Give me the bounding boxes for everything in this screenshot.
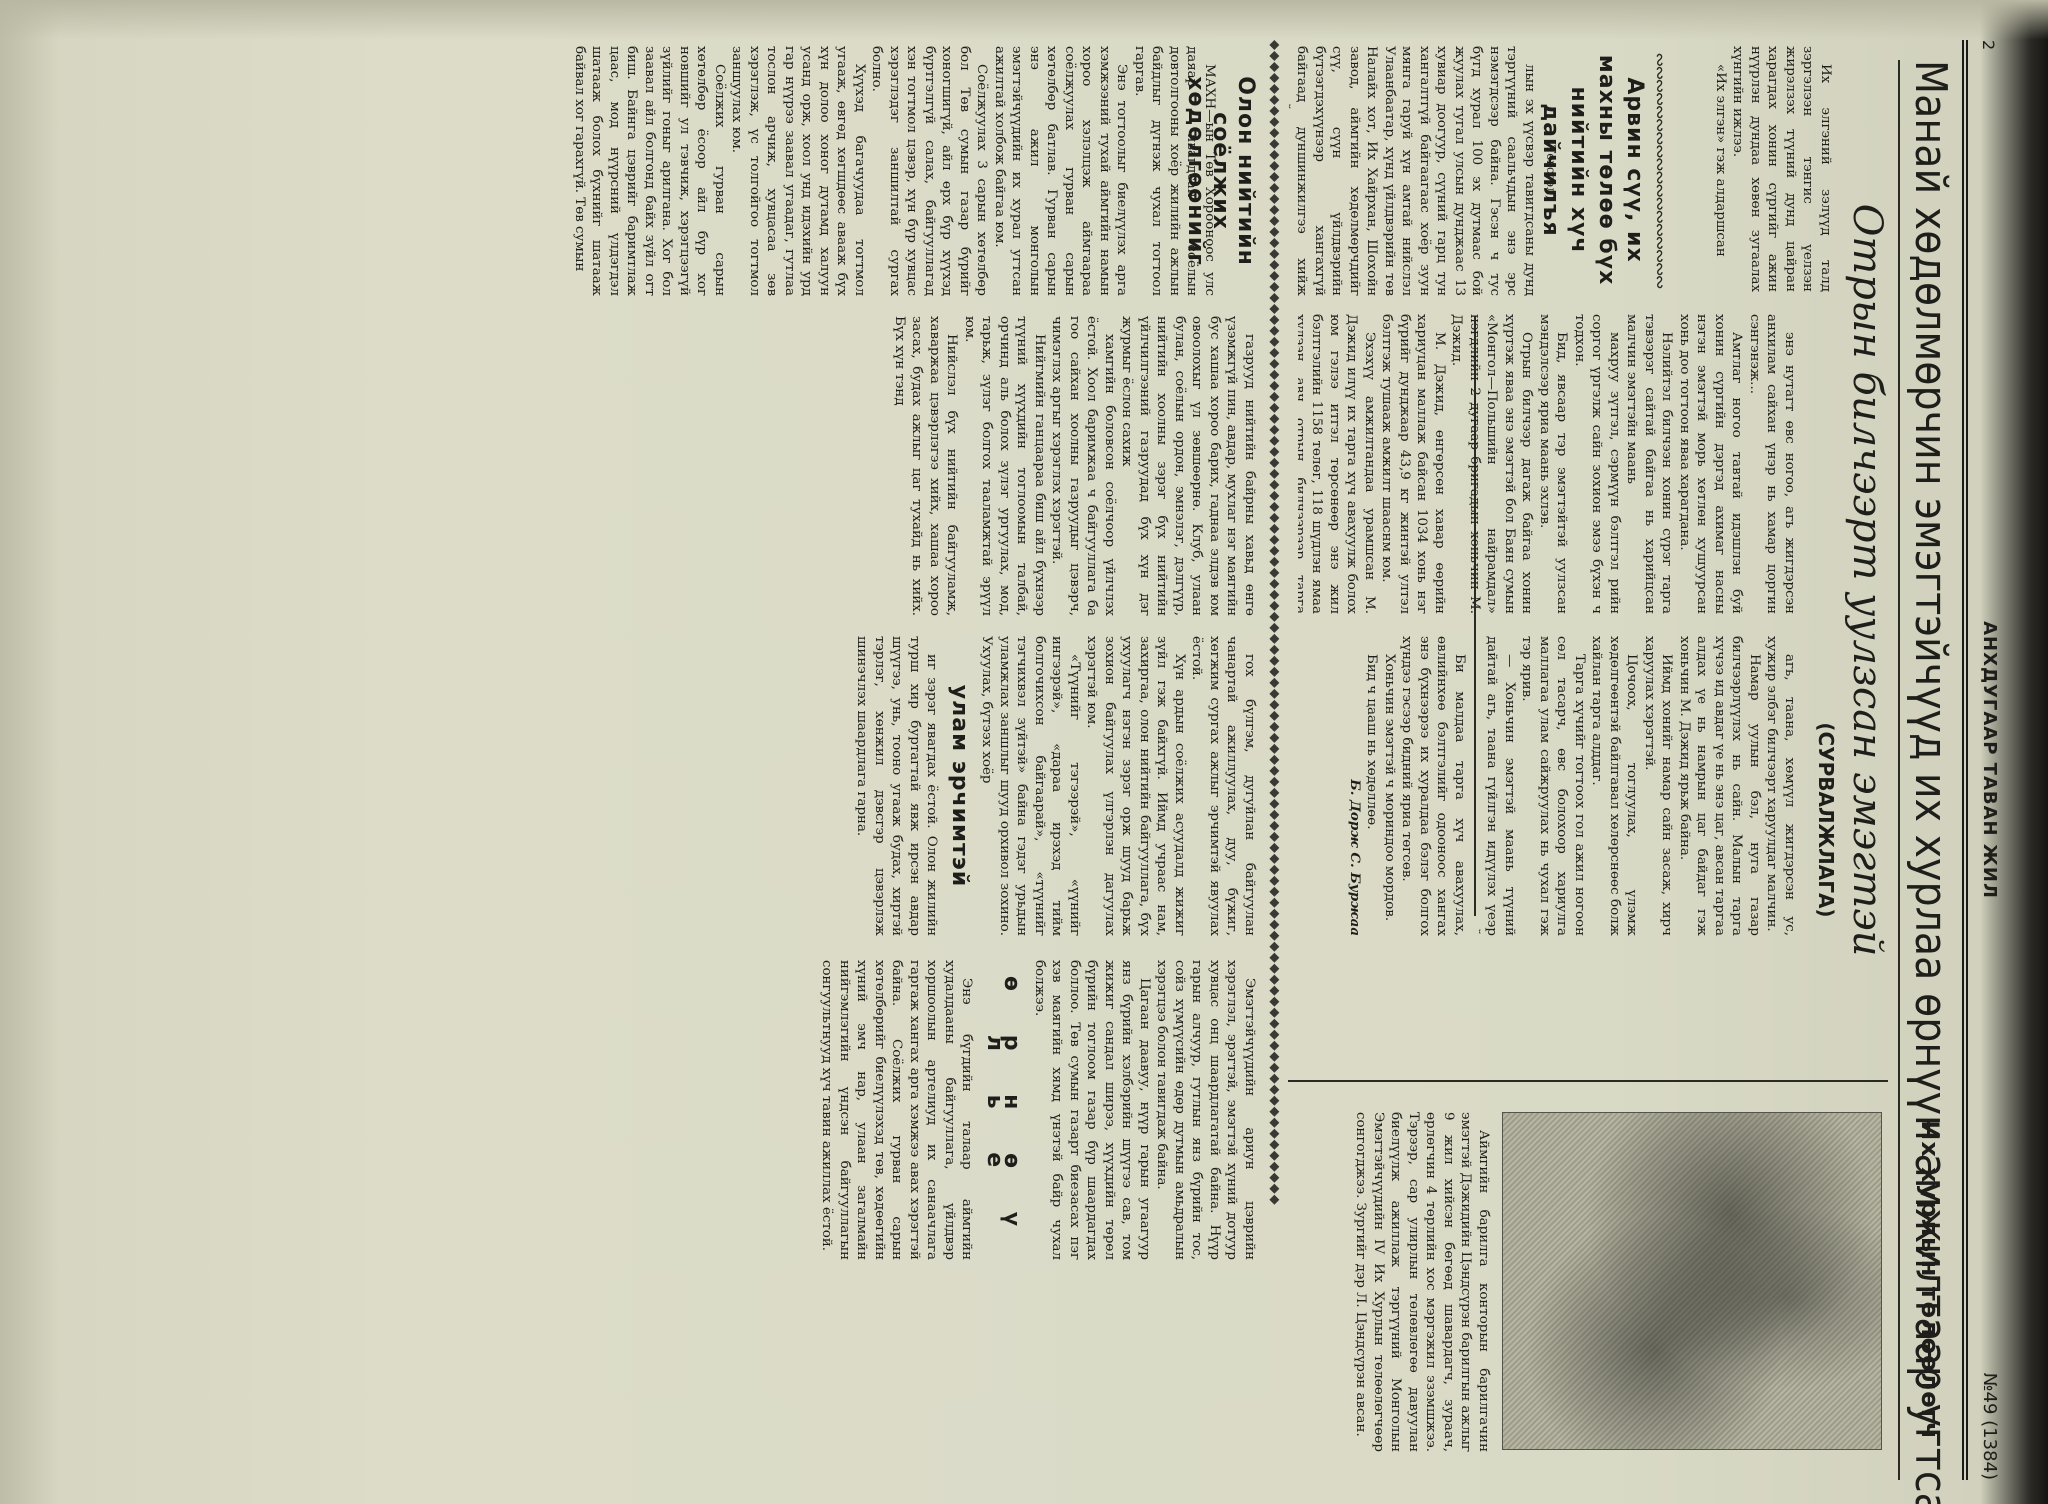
paragraph: Их элгэний зэлүүд талд зэргэлээн тэнгис … xyxy=(1729,46,1834,292)
feature-kind: (СУРВАЛЖЛАГА) xyxy=(1814,620,1838,1020)
paragraph: «Их элгэн» гэж алдаршсан xyxy=(1712,46,1730,292)
paragraph: Нийгмийн ганцаараа биш айл бүхнээр түүни… xyxy=(961,316,1049,616)
paragraph: Эхэхүү амжилтандаа урамшсан М. Дэжид илү… xyxy=(1298,314,1378,614)
column-rule xyxy=(1288,1080,1888,1082)
paragraph: энэ нутагт өвс ногоо, агь жигдэрсэн анхи… xyxy=(1746,314,1799,614)
ulam-column: Эмэгтэйчүүдийн ариун цэврийн хэрэглэл, э… xyxy=(58,960,1258,1260)
paragraph: Намар уулын бэл, нуга газар билчээрлүүлэ… xyxy=(1676,636,1764,936)
paragraph: Би малдаа тарга хүч авахуулах, өвлийнхөө… xyxy=(1398,636,1468,936)
issue-number: №49 (1384) xyxy=(1979,1373,2000,1480)
paragraph: Хүн ардын соёлжих асуудалд жижиг зүйл гэ… xyxy=(1083,636,1188,936)
squiggle-divider xyxy=(1298,302,1798,304)
paragraph: — Хоньчин эмэгтэй маань түүний дайтай аг… xyxy=(1478,636,1518,936)
feature-column-3b: Би малдаа тарга хүч авахуулах, өвлийнхөө… xyxy=(1288,636,1468,936)
olon-niitiin-column-1: МАХН—ын Төв Хорооноос улс даяар явагдсан… xyxy=(78,46,1218,296)
paragraph: Нийслэл бүх нийтийн байгууламж, хаваржаа… xyxy=(891,316,961,616)
paragraph: Эмэгтэйчүүдийн ариун цэврийн хэрэглэл, э… xyxy=(1153,960,1258,1260)
masthead: 2 АНХДУГААР ТАВАН ЖИЛ №49 (1384) xyxy=(1962,40,2008,1480)
feature-title: Отрын билчээрт уулзсан эмэгтэй xyxy=(1844,40,1890,1120)
byline: Б. Дорж С. Буржаа xyxy=(1346,636,1364,936)
paragraph: Иймд хонийг намар сайн засаж, хирч харуу… xyxy=(1641,636,1676,936)
feature-column-1: Их элгэний зэлүүд талд зэргэлээн тэнгис … xyxy=(1684,46,1834,292)
photo xyxy=(1502,1112,1882,1450)
paragraph: Энэ тогтоолыг биелүүлэх арга хэмжээний т… xyxy=(991,46,1131,296)
paragraph: Тарга хүчийг тогтоох гол ажил ногоон сөл… xyxy=(1518,636,1588,936)
paragraph: М. Дэжид, өнгөрсөн хавар өөрийн хариуцан… xyxy=(1378,314,1448,614)
paragraph: «Түүнийг тэгээрэй», «үүнийг ингээрэй», «… xyxy=(978,636,1083,936)
feature-column-3: агь, таана, хөмүүл жигдэрсэн ус, хужир э… xyxy=(1478,636,1798,936)
caption-text: Аймгийн барилга конторын барилгачин эмэг… xyxy=(1352,1112,1492,1452)
squiggle-ornament: ∾∾∾∾∾∾∾∾∾∾∾∾∾∾∾∾∾∾ xyxy=(1649,40,1670,300)
paragraph: Амтлаг ногоо тавтай идэшлэн буй хонин сү… xyxy=(1676,314,1746,614)
paragraph: Отрын билчээр дагаж байгаа хонин хүртэж … xyxy=(1448,314,1536,614)
paragraph: Хүүхэд багачуудаа тогтмол угааж, өвгөд х… xyxy=(728,46,868,296)
olon-niitiin-column-3: гох бүлгэм, дугуйлан байгуулан чанартай … xyxy=(58,636,1258,936)
paragraph: Цочоох, тоглуулах, үлэмж хөдөлгөөнтэй ба… xyxy=(1588,636,1641,936)
ulam-title: улам эрчимтэй xyxy=(951,636,969,936)
paragraph: газрууд нийтийн байрны хавьд өнгө үзэмжг… xyxy=(1118,316,1258,616)
paragraph: Цагаан даавуу, нүүр гарын угаагуур янз б… xyxy=(1031,960,1154,1260)
ulam-footer-title: ө р н ө ү л ь е xyxy=(986,960,1021,1260)
paragraph: Соёлжуулах 3 сарын хөтөлбөр бол Төв сумы… xyxy=(868,46,991,296)
article-note: (Төгсгөл) xyxy=(1544,40,1558,300)
paragraph: Соёлжих гурван сарын хөтөлбөр ёсоор айл … xyxy=(571,46,729,296)
feature-column-2: энэ нутагт өвс ногоо, агь жигдэрсэн анхи… xyxy=(1298,314,1798,614)
photo-caption: Аймгийн барилга конторын барилгачин эмэг… xyxy=(1292,1112,1492,1452)
paragraph: гох бүлгэм, дугуйлан байгуулан чанартай … xyxy=(1188,636,1258,936)
diamond-divider: ◆◆◆◆◆◆◆◆◆◆◆◆◆◆◆◆◆◆◆◆◆◆◆◆◆◆◆◆◆◆◆◆◆◆◆◆◆◆◆◆… xyxy=(1267,40,1282,1480)
olon-niitiin-column-2: газрууд нийтийн байрны хавьд өнгө үзэмжг… xyxy=(58,316,1258,616)
paragraph: иг зэрэг явагдах ёстой. Олон жилийн турш… xyxy=(853,636,941,936)
paragraph: Энэ бүгдийн талаар аймгийн худалдааны ба… xyxy=(818,960,976,1260)
paragraph: махруу зүтгэл, сэрмүүн бэлтгэл рийн сорг… xyxy=(1571,314,1624,614)
paragraph: Бид ч цааш нь хөдөллөө. xyxy=(1363,636,1381,936)
series-label: АНХДУГААР ТАВАН ЖИЛ xyxy=(1979,40,2000,1480)
paragraph: лын эх үүсвэр тавигдсаны дунд тэргүүний … xyxy=(1288,46,1538,296)
arvin-suu-column: лын эх үүсвэр тавигдсаны дунд тэргүүний … xyxy=(1288,46,1538,296)
paragraph: Нэлийтэл билчээн хонин сүрэг тарга тэвээ… xyxy=(1623,314,1676,614)
paragraph: хамгийн боловсон соёлчоор үйлчлэх ёстой.… xyxy=(1048,316,1118,616)
newspaper-page: 2 АНХДУГААР ТАВАН ЖИЛ №49 (1384) Манай х… xyxy=(0,0,2048,1504)
photo-heading: Их хурлын төлөөлөгч xyxy=(1916,1120,1944,1440)
paragraph: МАХН—ын Төв Хорооноос улс даяар явагдсан… xyxy=(1131,46,1219,296)
column-rule xyxy=(1474,316,1476,916)
paragraph: Хоньчин эмэгтэй ч мориндоо мордов. xyxy=(1381,636,1399,936)
paragraph: Бид, явсаар тэр эмэгтэйтэй уулзсан мэндэ… xyxy=(1536,314,1571,614)
paragraph: агь, таана, хөмүүл жигдэрсэн ус, хужир э… xyxy=(1763,636,1798,936)
